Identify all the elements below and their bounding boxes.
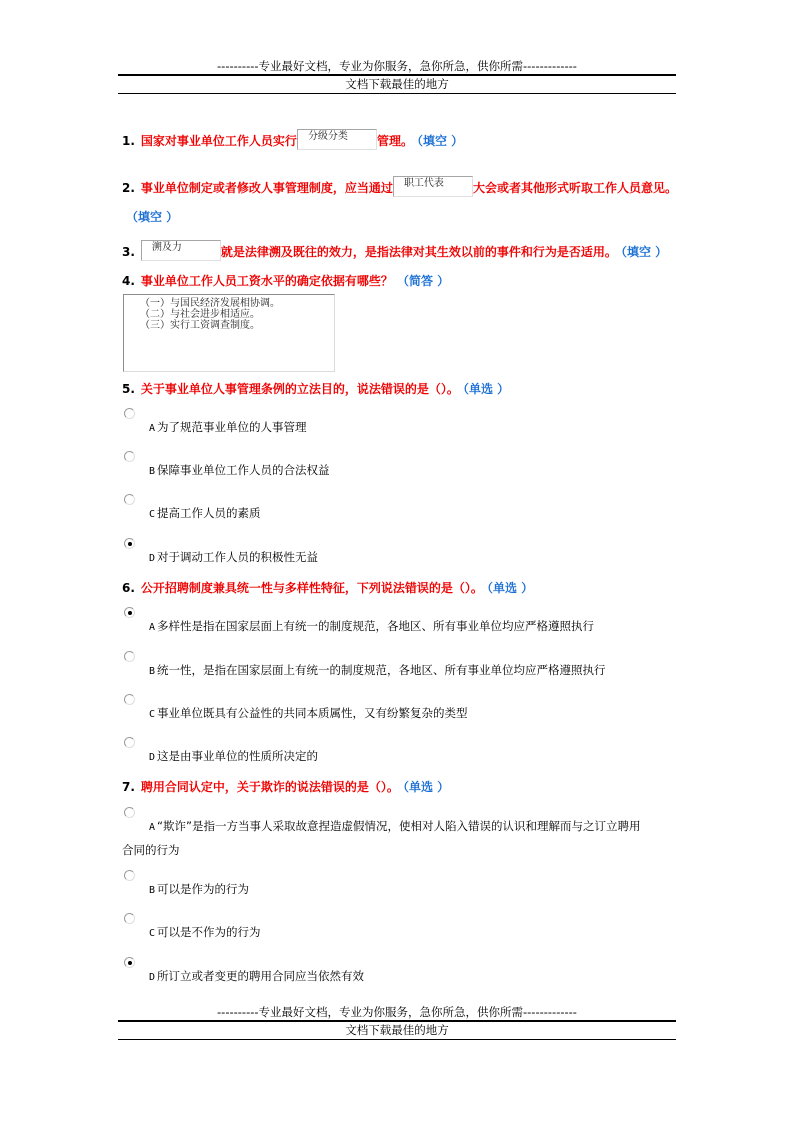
radio-button-checked[interactable] (124, 957, 135, 968)
option-6a[interactable]: A多样性是指在国家层面上有统一的制度规范，各地区、所有事业单位均应严格遵照执行 (124, 615, 680, 639)
option-text: 对于调动工作人员的积极性无益 (157, 550, 318, 564)
option-letter: A (149, 423, 155, 434)
question-7: 7.聘用合同认定中，关于欺诈的说法错误的是（）。（单选 ） (122, 777, 678, 797)
header-divider-thin (118, 93, 676, 94)
question-2: 2.事业单位制定或者修改人事管理制度，应当通过职工代表大会或者其他形式听取工作人… (122, 176, 678, 229)
radio-button[interactable] (124, 451, 135, 462)
question-text-after: 大会或者其他形式听取工作人员意见。 (473, 181, 677, 195)
option-5a[interactable]: A为了规范事业单位的人事管理 (124, 416, 680, 440)
radio-button[interactable] (124, 737, 135, 748)
question-number: 5. (122, 382, 135, 396)
option-7a[interactable]: A“欺诈”是指一方当事人采取故意捏造虚假情况，使相对人陷入错误的认识和理解而与之… (124, 815, 680, 861)
fill-blank-input[interactable]: 职工代表 (393, 176, 473, 197)
question-type: （单选 ） (403, 780, 449, 794)
option-letter: A (149, 622, 155, 633)
option-letter: C (149, 709, 155, 720)
radio-button[interactable] (124, 694, 135, 705)
option-5b[interactable]: B保障事业单位工作人员的合法权益 (124, 459, 680, 483)
document-page: ----------专业最好文档，专业为你服务，急你所急，供你所需-------… (0, 0, 794, 1123)
question-text: 公开招聘制度兼具统一性与多样性特征，下列说法错误的是（）。 (141, 581, 483, 595)
short-answer-textarea[interactable]: （一）与国民经济发展相协调。 （二）与社会进步相适应。 （三）实行工资调查制度。 (123, 294, 335, 372)
question-text: 事业单位工作人员工资水平的确定依据有哪些？ (141, 274, 393, 288)
question-number: 1. (122, 134, 135, 148)
question-text: 聘用合同认定中，关于欺诈的说法错误的是（）。 (141, 780, 399, 794)
option-5d[interactable]: D对于调动工作人员的积极性无益 (124, 546, 680, 570)
question-text-after: 管理。 (377, 134, 413, 148)
option-text: 所订立或者变更的聘用合同应当依然有效 (157, 969, 364, 983)
option-letter: C (149, 928, 155, 939)
radio-button[interactable] (124, 807, 135, 818)
question-type: （简答 ） (397, 274, 449, 288)
option-6b[interactable]: B统一性，是指在国家层面上有统一的制度规范，各地区、所有事业单位均应严格遵照执行 (124, 659, 680, 683)
question-4: 4.事业单位工作人员工资水平的确定依据有哪些？（简答 ） (122, 271, 678, 291)
option-letter: A (149, 822, 155, 833)
question-number: 2. (122, 181, 135, 195)
option-text-continued: 合同的行为 (122, 839, 680, 861)
radio-button-checked[interactable] (124, 607, 135, 618)
question-text: 国家对事业单位工作人员实行 (141, 134, 297, 148)
page-footer: ----------专业最好文档，专业为你服务，急你所急，供你所需-------… (118, 1004, 676, 1040)
option-letter: D (149, 972, 155, 983)
option-7b[interactable]: B可以是作为的行为 (124, 878, 680, 902)
option-text: 保障事业单位工作人员的合法权益 (157, 463, 330, 477)
option-text: “欺诈”是指一方当事人采取故意捏造虚假情况，使相对人陷入错误的认识和理解而与之订… (157, 819, 640, 833)
header-tagline: ----------专业最好文档，专业为你服务，急你所急，供你所需-------… (118, 58, 676, 74)
option-letter: B (149, 885, 155, 896)
option-letter: C (149, 509, 155, 520)
fill-blank-input[interactable]: 溯及力 (141, 240, 221, 261)
question-1: 1.国家对事业单位工作人员实行分级分类管理。（填空 ） (122, 131, 678, 158)
option-text: 可以是作为的行为 (157, 882, 249, 896)
radio-button[interactable] (124, 494, 135, 505)
footer-tagline: ----------专业最好文档，专业为你服务，急你所急，供你所需-------… (118, 1004, 676, 1020)
option-text: 事业单位既具有公益性的共同本质属性，又有纷繁复杂的类型 (157, 706, 468, 720)
question-number: 7. (122, 780, 135, 794)
radio-button-checked[interactable] (124, 538, 135, 549)
header-subtitle: 文档下载最佳的地方 (118, 76, 676, 93)
option-text: 这是由事业单位的性质所决定的 (157, 749, 318, 763)
option-letter: B (149, 666, 155, 677)
option-text: 提高工作人员的素质 (157, 506, 261, 520)
option-6c[interactable]: C事业单位既具有公益性的共同本质属性，又有纷繁复杂的类型 (124, 702, 680, 726)
radio-button[interactable] (124, 913, 135, 924)
option-7c[interactable]: C可以是不作为的行为 (124, 921, 680, 945)
radio-button[interactable] (124, 651, 135, 662)
question-number: 6. (122, 581, 135, 595)
footer-divider-thin (118, 1039, 676, 1040)
option-text: 多样性是指在国家层面上有统一的制度规范，各地区、所有事业单位均应严格遵照执行 (157, 619, 594, 633)
question-3: 3.溯及力就是法律溯及既往的效力，是指法律对其生效以前的事件和行为是否适用。（填… (122, 242, 678, 269)
fill-blank-input[interactable]: 分级分类 (297, 129, 377, 150)
option-text: 统一性，是指在国家层面上有统一的制度规范，各地区、所有事业单位均应严格遵照执行 (157, 663, 606, 677)
radio-button[interactable] (124, 408, 135, 419)
question-number: 3. (122, 245, 135, 259)
question-type: （单选 ） (463, 382, 509, 396)
footer-subtitle: 文档下载最佳的地方 (118, 1022, 676, 1039)
question-text: 关于事业单位人事管理条例的立法目的，说法错误的是（）。 (141, 382, 459, 396)
option-7d[interactable]: D所订立或者变更的聘用合同应当依然有效 (124, 965, 680, 989)
question-number: 4. (122, 274, 135, 288)
question-type: （填空 ） (621, 245, 667, 259)
option-text: 可以是不作为的行为 (157, 925, 261, 939)
question-type: （单选 ） (487, 581, 533, 595)
question-text: 事业单位制定或者修改人事管理制度，应当通过 (141, 181, 393, 195)
option-5c[interactable]: C提高工作人员的素质 (124, 502, 680, 526)
option-letter: D (149, 752, 155, 763)
question-type: （填空 ） (417, 134, 463, 148)
page-header: ----------专业最好文档，专业为你服务，急你所急，供你所需-------… (118, 58, 676, 94)
option-text: 为了规范事业单位的人事管理 (157, 420, 307, 434)
question-type: （填空 ） (126, 210, 178, 224)
radio-button[interactable] (124, 870, 135, 881)
option-6d[interactable]: D这是由事业单位的性质所决定的 (124, 745, 680, 769)
option-letter: D (149, 553, 155, 564)
option-letter: B (149, 466, 155, 477)
question-5: 5.关于事业单位人事管理条例的立法目的，说法错误的是（）。（单选 ） (122, 379, 678, 399)
question-6: 6.公开招聘制度兼具统一性与多样性特征，下列说法错误的是（）。（单选 ） (122, 578, 678, 598)
question-text-after: 就是法律溯及既往的效力，是指法律对其生效以前的事件和行为是否适用。 (221, 245, 617, 259)
